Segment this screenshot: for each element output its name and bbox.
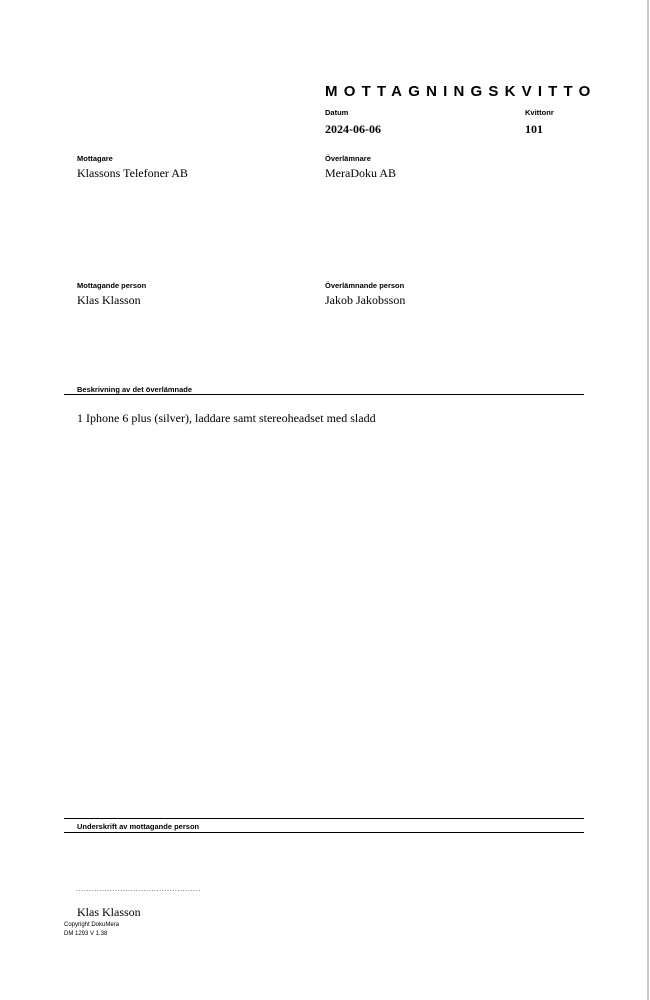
signature-name: Klas Klasson [77, 905, 141, 920]
version-text: DM 1293 V 1.38 [64, 931, 107, 937]
datum-value: 2024-06-06 [325, 122, 381, 137]
mottagande-person-value: Klas Klasson [77, 293, 141, 308]
copyright-text: Copyright DokuMera [64, 922, 119, 928]
mottagare-value: Klassons Telefoner AB [77, 166, 188, 181]
beskrivning-value: 1 Iphone 6 plus (silver), laddare samt s… [77, 411, 376, 426]
kvittonr-label: Kvittonr [525, 108, 554, 117]
overlamnare-label: Överlämnare [325, 154, 371, 163]
underskrift-label: Underskrift av mottagande person [77, 822, 199, 831]
mottagande-person-label: Mottagande person [77, 281, 146, 290]
underskrift-top-divider [64, 818, 584, 819]
beskrivning-label: Beskrivning av det överlämnade [77, 385, 192, 394]
datum-label: Datum [325, 108, 348, 117]
overlamnande-person-label: Överlämnande person [325, 281, 404, 290]
beskrivning-divider [64, 394, 584, 395]
kvittonr-value: 101 [525, 122, 543, 137]
document-page: MOTTAGNINGSKVITTO Datum 2024-06-06 Kvitt… [0, 0, 649, 1000]
underskrift-bottom-divider [64, 832, 584, 833]
overlamnande-person-value: Jakob Jakobsson [325, 293, 405, 308]
document-title: MOTTAGNINGSKVITTO [325, 83, 597, 100]
overlamnare-value: MeraDoku AB [325, 166, 396, 181]
signature-line: ........................................… [76, 884, 201, 893]
mottagare-label: Mottagare [77, 154, 113, 163]
